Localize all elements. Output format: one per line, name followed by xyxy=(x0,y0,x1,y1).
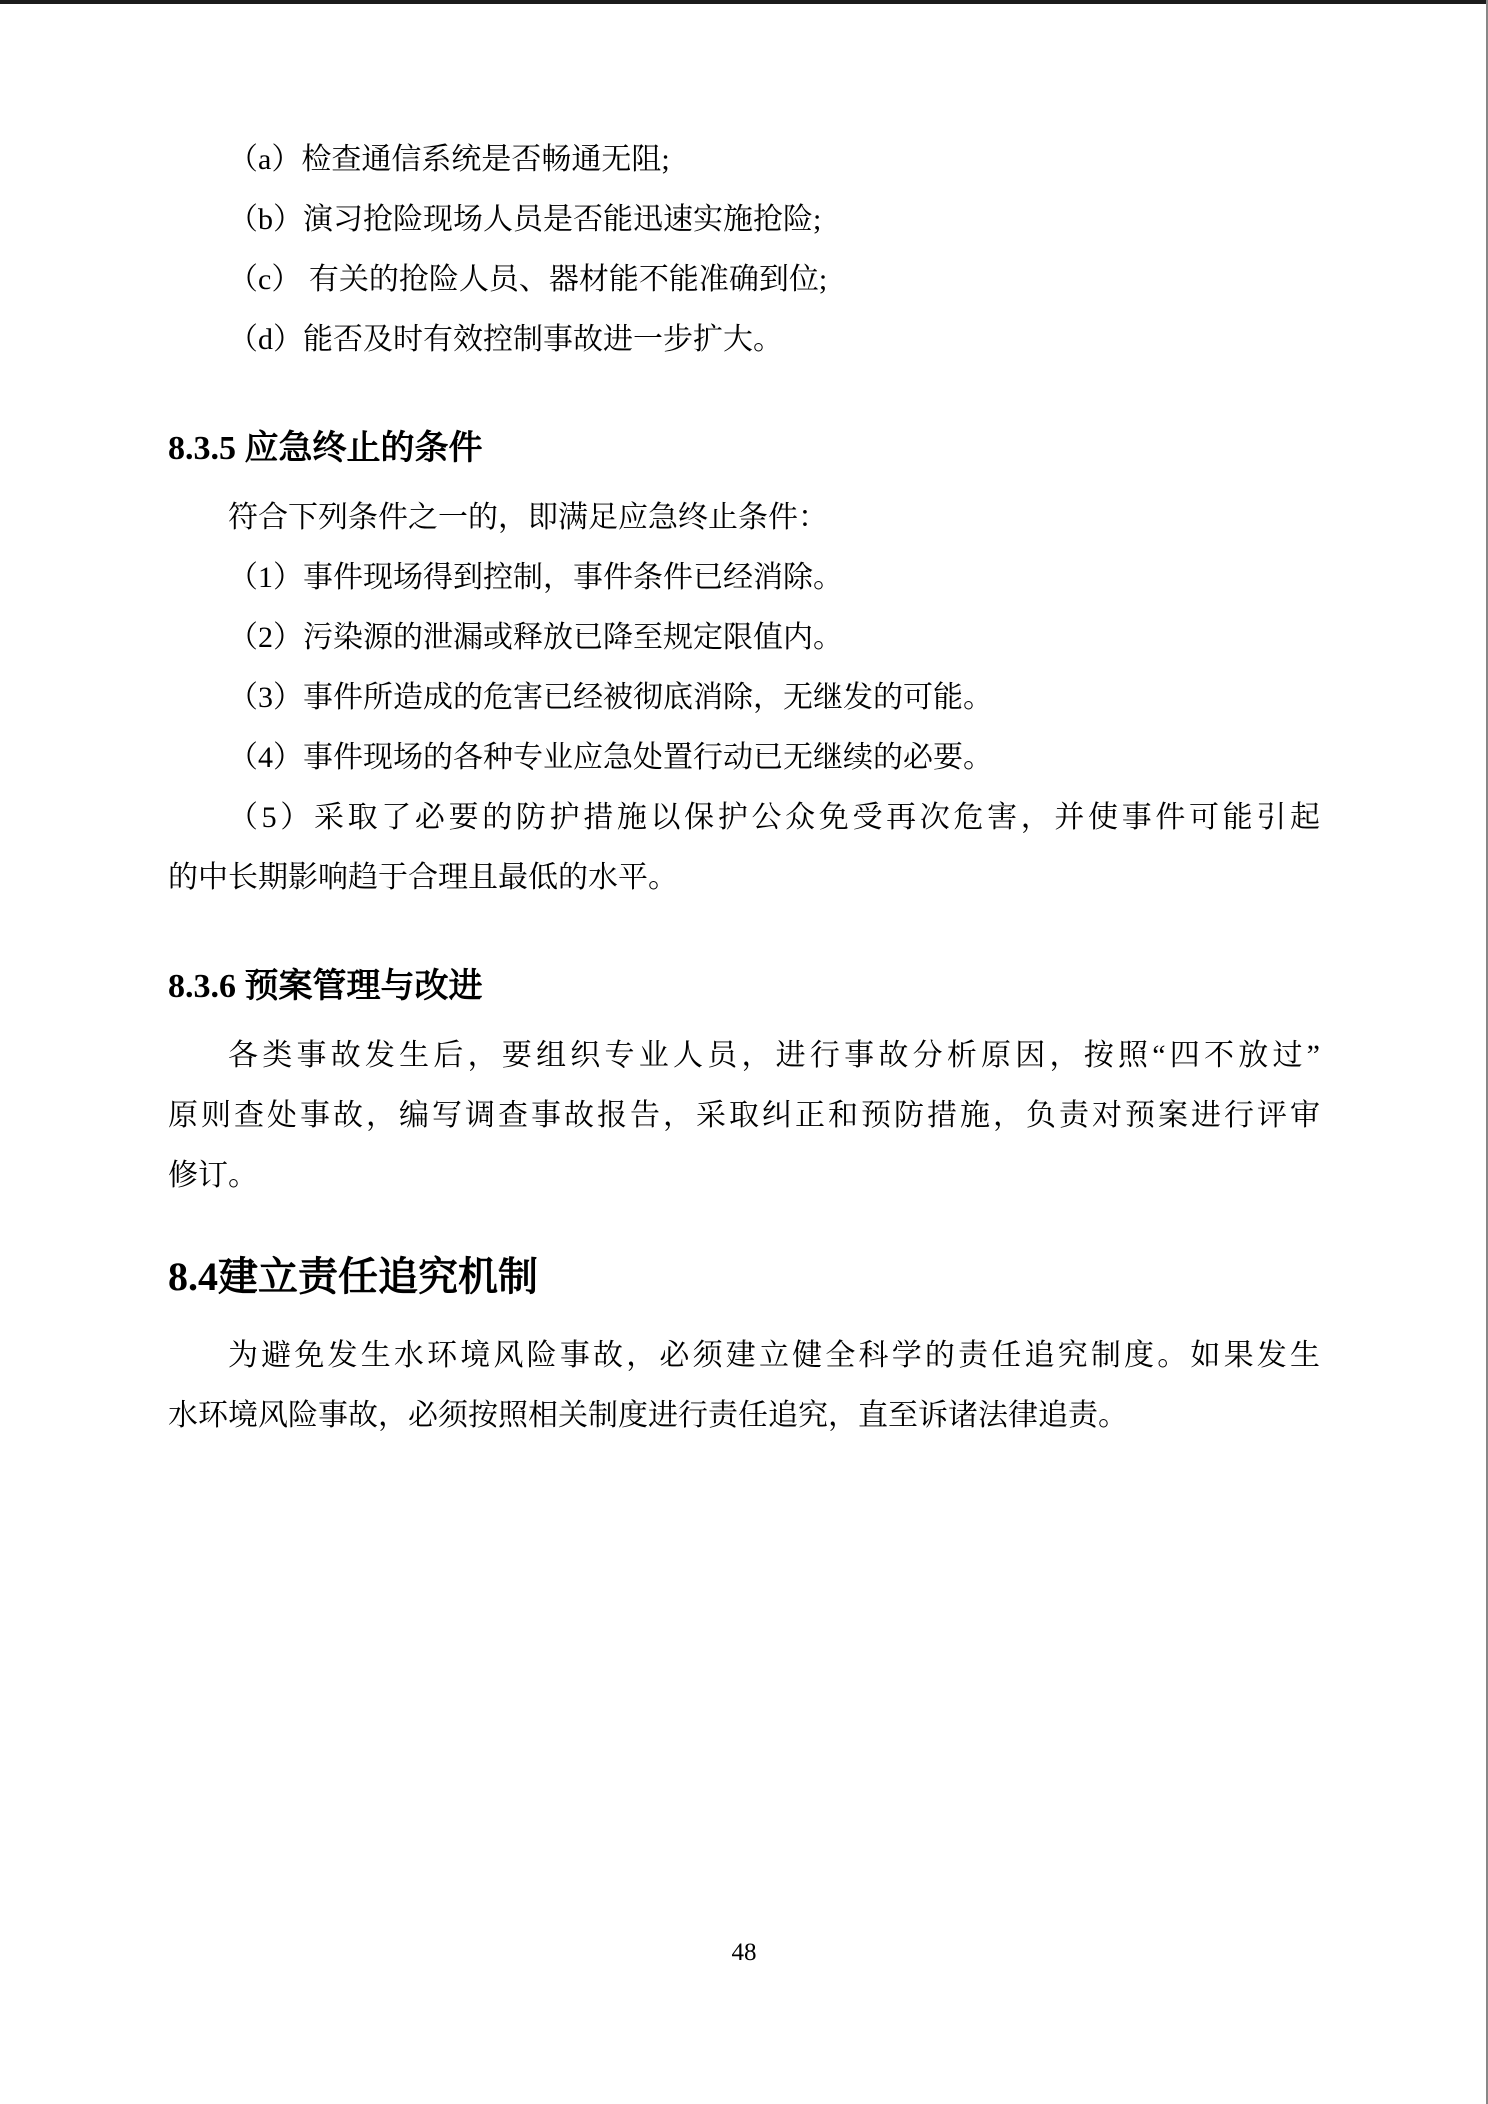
section-8-3-6-para-line-2: 原则查处事故，编写调查事故报告，采取纠正和预防措施，负责对预案进行评审 xyxy=(168,1086,1320,1146)
section-8-4-para-line-1: 为避免发生水环境风险事故，必须建立健全科学的责任追究制度。如果发生 xyxy=(168,1326,1320,1386)
section-8-3-5-item-2: （2）污染源的泄漏或释放已降至规定限值内。 xyxy=(168,608,1320,668)
section-8-3-5-item-4: （4）事件现场的各种专业应急处置行动已无继续的必要。 xyxy=(168,728,1320,788)
section-8-3-5-intro: 符合下列条件之一的，即满足应急终止条件： xyxy=(168,488,1320,548)
section-8-3-6-para-line-3: 修订。 xyxy=(168,1146,1320,1206)
checklist-item-d: （d）能否及时有效控制事故进一步扩大。 xyxy=(168,310,1320,370)
page-top-border xyxy=(0,0,1488,4)
section-8-4-heading: 8.4建立责任追究机制 xyxy=(168,1250,1320,1304)
section-8-4-para-line-2: 水环境风险事故，必须按照相关制度进行责任追究，直至诉诸法律追责。 xyxy=(168,1386,1320,1446)
document-page: { "page": { "number": "48", "top_bar_col… xyxy=(0,0,1488,2104)
page-number: 48 xyxy=(0,1938,1488,1968)
section-8-3-5-item-3: （3）事件所造成的危害已经被彻底消除，无继发的可能。 xyxy=(168,668,1320,728)
section-8-3-6-para-line-1: 各类事故发生后，要组织专业人员，进行事故分析原因，按照“四不放过” xyxy=(168,1026,1320,1086)
checklist-item-b: （b）演习抢险现场人员是否能迅速实施抢险; xyxy=(168,190,1320,250)
section-8-3-6-heading: 8.3.6 预案管理与改进 xyxy=(168,964,1320,1010)
section-8-3-5-heading: 8.3.5 应急终止的条件 xyxy=(168,426,1320,472)
checklist-item-a: （a）检查通信系统是否畅通无阻; xyxy=(168,130,1320,190)
section-8-3-5-item-5-line-2: 的中长期影响趋于合理且最低的水平。 xyxy=(168,848,1320,908)
checklist-item-c: （c） 有关的抢险人员、器材能不能准确到位; xyxy=(168,250,1320,310)
document-body: （a）检查通信系统是否畅通无阻; （b）演习抢险现场人员是否能迅速实施抢险; （… xyxy=(168,130,1320,1446)
section-8-3-5-item-5-line-1: （5）采取了必要的防护措施以保护公众免受再次危害，并使事件可能引起 xyxy=(168,788,1320,848)
section-8-3-5-item-1: （1）事件现场得到控制，事件条件已经消除。 xyxy=(168,548,1320,608)
